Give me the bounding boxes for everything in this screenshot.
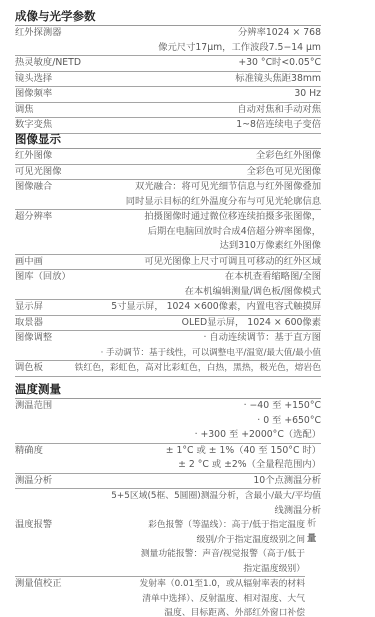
section-temperature-measurement: 温度测量 测温范围 · −40 至 +150°C· 0 至 +650°C· +3… <box>15 382 321 617</box>
spec-row-measurement-correction: 测量值校正 发射率（0.01至1.0，或从辐射率表的材料清单中选择）、反射温度、… <box>15 577 305 617</box>
spec-row-focus: 调焦 自动对焦和手动对焦 <box>15 103 321 119</box>
spec-row-display: 显示屏 5寸显示屏， 1024 ×600像素，内置电容式触摸屏 <box>15 300 321 316</box>
section-imaging-optics: 成像与光学参数 红外探测器 分辨率1024 × 768像元尺寸17μm，工作波段… <box>15 9 321 134</box>
spec-row-ir-image: 红外图像 全彩色红外图像 <box>15 149 321 165</box>
spec-row-pip: 画中画 可见光图像上尺寸可调且可移动的红外区域 <box>15 255 321 271</box>
spec-row-visible-image: 可见光图像 全彩色可见光图像 <box>15 165 321 181</box>
spec-row-temp-range: 测温范围 · −40 至 +150°C· 0 至 +650°C· +300 至 … <box>15 399 321 444</box>
spec-row-accuracy: 精确度 ± 1°C 或 ± 1%（40 至 150°C 时）± 2 °C 或 ±… <box>15 444 321 474</box>
section-image-display: 图像显示 红外图像 全彩色红外图像 可见光图像 全彩色可见光图像 图像融合 双光… <box>15 132 321 377</box>
overflow-fragment: 量 <box>307 530 316 544</box>
spec-row-gallery: 图库（回放） 在本机查看缩略图/全图在本机编辑测量/调色板/图像模式 <box>15 270 321 300</box>
section-title: 图像显示 <box>15 132 321 149</box>
spec-row-viewfinder: 取景器 OLED显示屏， 1024 × 600像素 <box>15 316 321 332</box>
spec-row-super-resolution: 超分辨率 拍摄图像时通过微位移连续拍摄多张图像，后期在电脑回放时合成4倍超分辨率… <box>15 210 321 255</box>
spec-row-palette: 调色板 铁红色，彩虹色，高对比彩虹色，白热，黑热，极光色，熔岩色 <box>15 361 321 377</box>
section-title: 温度测量 <box>15 382 321 399</box>
section-title: 成像与光学参数 <box>15 9 321 26</box>
spec-row-netd: 热灵敏度/NETD +30 °C时<0.05°C <box>15 56 321 72</box>
spec-row-lens: 镜头选择 标准镜头焦距38mm <box>15 72 321 88</box>
spec-row-frame-rate: 图像频率 30 Hz <box>15 87 321 103</box>
spec-row-temp-analysis-cont: 5+5区域(5框、5圆圈)测温分析，含最小/最大/平均值线测温分析 <box>15 489 321 518</box>
spec-row-image-fusion: 图像融合 双光融合：将可见光细节信息与红外图像叠加同时显示目标的红外温度分布与可… <box>15 180 321 210</box>
spec-row-image-adjust: 图像调整 · 自动连续调节：基于直方图· 手动调节：基于线性，可以调整电平/温宽… <box>15 331 321 361</box>
spec-row-temp-alarm: 温度报警 彩色报警（等温线）：高于/低于指定温度级别/介于指定温度级别之间测量功… <box>15 518 305 577</box>
overflow-fragment: 析 <box>307 515 316 529</box>
spec-row-ir-detector: 红外探测器 分辨率1024 × 768像元尺寸17μm，工作波段7.5−14 μ… <box>15 26 321 56</box>
spec-row-temp-analysis: 测温分析 10个点测温分析 <box>15 474 321 490</box>
